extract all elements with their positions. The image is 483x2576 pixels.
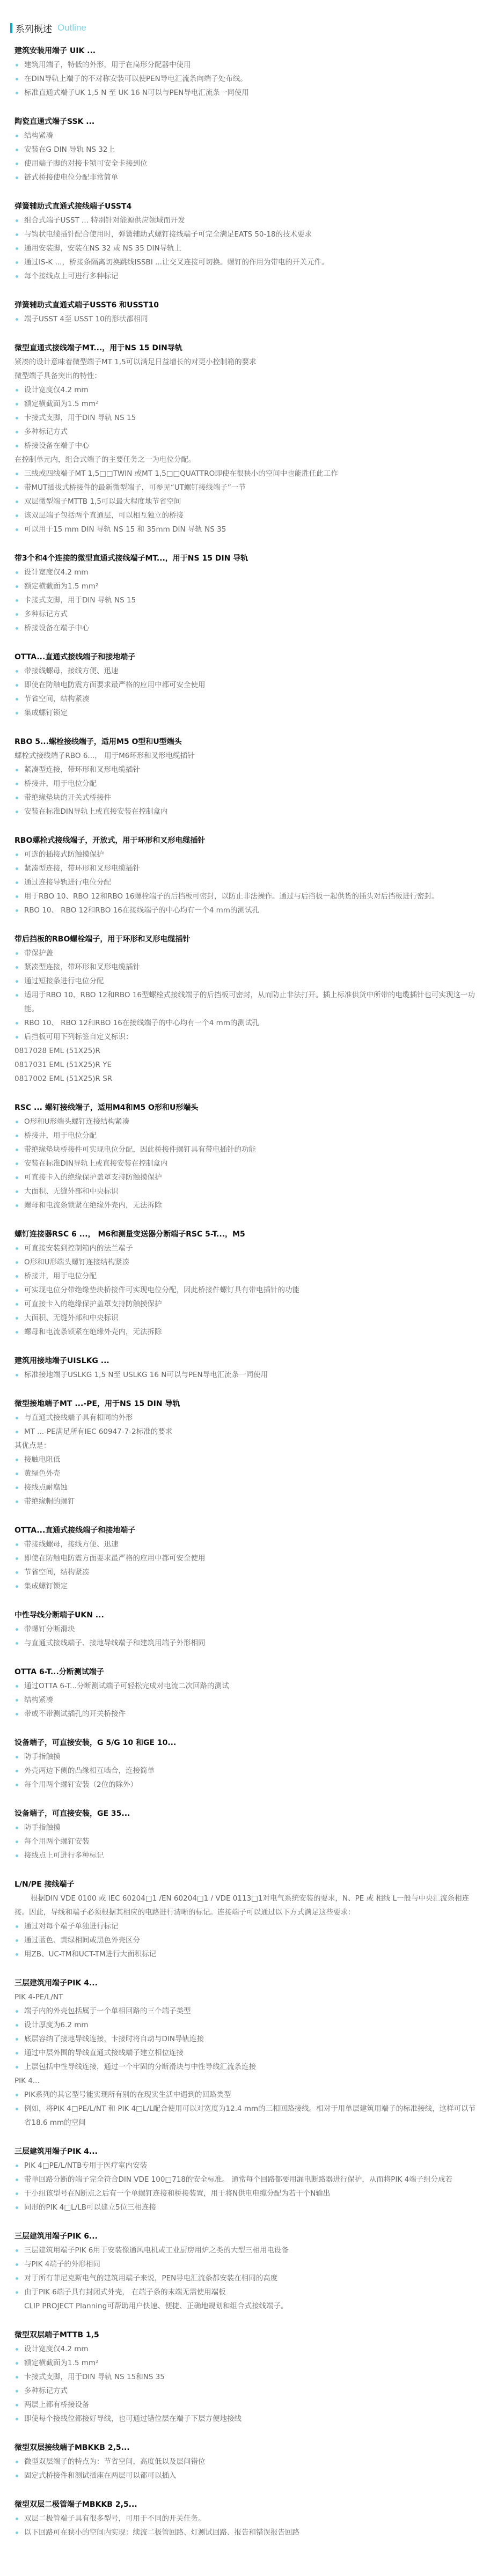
bullet-dot-icon [16, 2108, 18, 2110]
bullet-text: 可直接卡入的绝缘保护盖罩支持防触摸保护 [24, 1300, 162, 1308]
bullet-item: 由于PIK 6端子具有封闭式外壳， 在端子条的末端无需使用端板 [14, 2285, 476, 2299]
product-section: OTTA...直通式接线端子和接地端子带接线螺母，接线方便、迅速即使在防触电防震… [14, 650, 476, 720]
bullet-dot-icon [16, 1473, 18, 1475]
title-english: Outline [57, 23, 86, 33]
bullet-dot-icon [16, 1543, 18, 1546]
bullet-text: PIK系列的其它型号能实现所有别的在现实生活中遇到的回路类型 [24, 2091, 231, 2099]
bullet-item: 通过IS-K ...，桥接条隔离切换跳线ISSBI ...让交叉连接可切换。螺钉… [14, 255, 476, 269]
bullet-item: 双层二极管端子具有很多型号，可用于不同的开关任务。 [14, 2512, 476, 2526]
product-section: 三层建筑用端子PIK 4...PIK 4-PE/L/NT端子内的外壳包括属于一个… [14, 1976, 476, 2130]
bullet-item: 固定式桥接件和测试插座在两层可以都可以插入 [14, 2469, 476, 2483]
bullet-dot-icon [16, 867, 18, 870]
bullet-text: 通过对每个端子单独进行标记 [24, 1922, 119, 1931]
bullet-text: 黄绿色外壳 [24, 1469, 61, 1478]
bullet-item: 后挡板可用下列标签自定义标识： [14, 1030, 476, 1044]
bullet-text: 以下回路可在狭小的空间内实现：续流二极管回路、灯测试回路、报告和错误报告回路 [24, 2528, 299, 2537]
bullet-text: 结构紧凑 [24, 1696, 53, 1704]
bullet-text: 后挡板可用下列标签自定义标识： [24, 1033, 133, 1041]
bullet-text: MT ...-PE满足所有IEC 60947-7-2标准的要求 [24, 1427, 172, 1436]
bullet-dot-icon [16, 1953, 18, 1956]
bullet-text: 可直接卡入的绝缘保护盖罩支持防触摸保护 [24, 1173, 162, 1182]
bullet-text: 带螺钉分断滑块 [24, 1625, 75, 1633]
product-section: 微型直通式接线端子MT...，用于NS 15 DIN导轨紧凑的设计意味着微型端子… [14, 341, 476, 536]
bullet-item: 额定横截面为1.5 mm² [14, 2356, 476, 2370]
bullet-text: 紧凑型连接，带环形和叉形电缆插针 [24, 864, 140, 873]
bullet-item: 紧凑型连接，带环形和叉形电缆插针 [14, 763, 476, 777]
bullet-item: 每个用两个螺钉安装（2位的除外） [14, 1778, 476, 1792]
bullet-item: 通过中层外围的导线直通式接线端子建立相位连接 [14, 2046, 476, 2060]
bullet-text: O形和U形端头螺钉连接结构紧凑 [24, 1258, 129, 1267]
bullet-text: 例如，将PIK 4□PE/L/NT 和 PIK 4□L/L配合使用可以对宽度为1… [24, 2104, 475, 2127]
bullet-text: 标准直通式端子UK 1,5 N 至 UK 16 N可以与PEN导电汇流条一同使用 [24, 89, 249, 97]
bullet-item: 链式桥接使电位分配非常简单 [14, 171, 476, 185]
bullet-item: 带螺钉分断滑块 [14, 1622, 476, 1636]
bullet-item: 与直通式接线端子、接地导线端子和建筑用端子外形相同 [14, 1636, 476, 1650]
section-heading: 弹簧辅助式直通式端子USST6 和USST10 [14, 298, 476, 312]
bullet-dot-icon [16, 2038, 18, 2041]
bullet-text: 卡接式支脚，用于DIN 导轨 NS 15 [24, 596, 136, 605]
bullet-text: 额定横截面为1.5 mm² [24, 2359, 98, 2367]
bullet-dot-icon [16, 1500, 18, 1503]
bullet-dot-icon [16, 149, 18, 151]
text-line: 0817031 EML (51X25)R YE [14, 1058, 476, 1072]
bullet-dot-icon [16, 64, 18, 67]
bullet-item: 通用安装脚，安装在NS 32 或 NS 35 DIN导轨上 [14, 241, 476, 255]
bullet-text: 带绝缘帽的螺钉 [24, 1497, 75, 1506]
bullet-text: O形和U形端头螺钉连接结构紧凑 [24, 1117, 129, 1126]
bullet-item: 安装在标准DIN导轨上或直接安装在控制盒内 [14, 805, 476, 819]
bullet-item: 使用端子脚的对接卡锁可安全卡接到位 [14, 157, 476, 171]
bullet-dot-icon [16, 1162, 18, 1165]
product-section: 建筑安装用端子 UIK ...建筑用端子，特低的外形，用于在扁形分配器中使用在D… [14, 44, 476, 100]
bullet-item: O形和U形端头螺钉连接结构紧凑 [14, 1255, 476, 1269]
bullet-item: PIK 4□PE/L/NTB专用于医疗室内安装 [14, 2159, 476, 2173]
bullet-text: 通过中层外围的导线直通式接线端子建立相位连接 [24, 2049, 184, 2057]
bullet-item: 接触电阻低 [14, 1453, 476, 1467]
bullet-text: 即使在防触电防震方面要求最严格的应用中都可安全使用 [24, 1554, 206, 1563]
bullet-dot-icon [16, 2461, 18, 2463]
bullet-dot-icon [16, 881, 18, 884]
bullet-dot-icon [16, 1303, 18, 1306]
bullet-dot-icon [16, 318, 18, 321]
bullet-text: 多种标记方式 [24, 428, 68, 436]
bullet-text: 双层二极管端子具有很多型号，可用于不同的开关任务。 [24, 2514, 206, 2523]
bullet-item: 结构紧凑 [14, 129, 476, 143]
bullet-item: 底层容纳了接地导线连接，卡接时将自动与DIN导轨连接 [14, 2032, 476, 2046]
bullet-text: 集成螺钉锁定 [24, 709, 68, 717]
bullet-text: 每个接线点上可进行多种标记 [24, 272, 119, 281]
bullet-dot-icon [16, 275, 18, 278]
bullet-dot-icon [16, 2206, 18, 2209]
bullet-text: 带保护盖 [24, 949, 53, 958]
bullet-item: 可实现电位分带绝缘垫块桥接件可实现电位分配，因此桥接件螺钉具有带电插针的功能 [14, 1283, 476, 1297]
bullet-text: 额定横截面为1.5 mm² [24, 400, 98, 408]
bullet-item: 可直接卡入的绝缘保护盖罩支持防触摸保护 [14, 1297, 476, 1311]
bullet-text: 通过蓝色、黄绿相间或黑色外壳区分 [24, 1936, 140, 1945]
bullet-text: 双层微型端子MTTB 1,5可以最大程度地节省空间 [24, 497, 181, 506]
bullet-item: 带MUT插拔式桥接件的最新微型端子，可参见“UT螺钉接线端子”一节 [14, 481, 476, 495]
bullet-dot-icon [16, 92, 18, 94]
bullet-dot-icon [16, 2531, 18, 2534]
bullet-item: 与钩状电缆插针配合使用时，弹簧辅助式螺钉接线端子可完全满足EATS 50-18的… [14, 227, 476, 241]
section-heading: 建筑安装用端子 UIK ... [14, 44, 476, 58]
bullet-dot-icon [16, 571, 18, 574]
bullet-dot-icon [16, 980, 18, 983]
bullet-dot-icon [16, 2249, 18, 2252]
bullet-item: 三线或四线端子MT 1,5□□TWIN 或MT 1,5□□QUATTRO即使在很… [14, 467, 476, 481]
bullet-text: 端子内的外壳包括属于一个单相回路的三个端子类型 [24, 2007, 191, 2015]
section-heading: L/N/PE 接线端子 [14, 1878, 476, 1891]
section-heading: RBO螺栓式接线端子，开放式，用于环形和叉形电缆插针 [14, 834, 476, 848]
section-heading: OTTA 6-T...分断测试端子 [14, 1665, 476, 1679]
bullet-dot-icon [16, 797, 18, 799]
bullet-item: 带保护盖 [14, 946, 476, 960]
bullet-text: RBO 10、 RBO 12和RBO 16在接线端子的中心均有一个4 mm的测试… [24, 906, 259, 915]
bullet-item: 接线点上可进行多种标记 [14, 1849, 476, 1863]
bullet-item: 桥接井，用于电位分配 [14, 777, 476, 791]
bullet-dot-icon [16, 1827, 18, 1829]
bullet-text: 每个用两个螺钉安装 [24, 1837, 90, 1846]
bullet-dot-icon [16, 2178, 18, 2181]
bullet-dot-icon [16, 261, 18, 264]
bullet-item: 多种标记方式 [14, 607, 476, 621]
bullet-item: 额定横截面为1.5 mm² [14, 579, 476, 593]
bullet-text: 大面积、无缝外部和中央标识 [24, 1314, 119, 1322]
text-line: PIK 4-PE/L/NT [14, 1990, 476, 2004]
bullet-item: 例如，将PIK 4□PE/L/NT 和 PIK 4□L/L配合使用可以对宽度为1… [14, 2102, 476, 2130]
bullet-dot-icon [16, 1275, 18, 1278]
bullet-item: 卡接式支脚，用于DIN 导轨 NS 15和NS 35 [14, 2370, 476, 2384]
section-heading: 微型双层二极管端子MBKKB 2,5... [14, 2498, 476, 2512]
bullet-item: RBO 10、 RBO 12和RBO 16在接线端子的中心均有一个4 mm的测试… [14, 903, 476, 917]
bullet-text: 防手指触摸 [24, 1753, 61, 1761]
bullet-item: 大面积、无缝外部和中央标识 [14, 1311, 476, 1325]
bullet-text: 桥接井，用于电位分配 [24, 779, 97, 788]
product-section: OTTA...直通式接线端子和接地端子带接线螺母，接线方便、迅速即使在防触电防震… [14, 1523, 476, 1593]
bullet-item: 带或不带测试插孔的开关桥接件 [14, 1707, 476, 1721]
bullet-text: 建筑用端子，特低的外形，用于在扁形分配器中使用 [24, 61, 191, 69]
bullet-dot-icon [16, 613, 18, 616]
bullet-item: 安装在标准DIN导轨上或直接安装在控制盒内 [14, 1157, 476, 1171]
bullet-item: 通过短接条进行电位分配 [14, 974, 476, 988]
bullet-dot-icon [16, 501, 18, 503]
bullet-item: 卡接式支脚，用于DIN 导轨 NS 15 [14, 411, 476, 425]
bullet-text: 带MUT插拔式桥接件的最新微型端子，可参见“UT螺钉接线端子”一节 [24, 483, 246, 492]
bullet-text: 带绝缘垫块的开关式桥接件 [24, 793, 111, 802]
product-outline-page: 系列概述 Outline 建筑安装用端子 UIK ...建筑用端子，特低的外形，… [0, 0, 476, 2576]
text-line: 其优点是： [14, 1439, 476, 1453]
bullet-text: 安装在标准DIN导轨上或直接安装在控制盒内 [24, 807, 167, 816]
bullet-dot-icon [16, 78, 18, 80]
bullet-dot-icon [16, 163, 18, 165]
bullet-dot-icon [16, 1022, 18, 1025]
section-heading: 螺钉连接器RSC 6 ...， M6和测量变送器分断端子RSC 5-T...，M… [14, 1227, 476, 1241]
bullet-item: 以下回路可在狭小的空间内实现：续流二极管回路、灯测试回路、报告和错误报告回路 [14, 2526, 476, 2540]
bullet-item: 上层包括中性导线连接，通过一个牢固的分断滑块与中性导线汇流条连接 [14, 2060, 476, 2074]
bullet-text: 由于PIK 6端子具有封闭式外壳， 在端子条的末端无需使用端板 [24, 2288, 226, 2297]
product-section: 微型双层接线端子MBKKB 2,5...微型双层端子的特点为：节省空间，高度低以… [14, 2441, 476, 2483]
bullet-dot-icon [16, 431, 18, 433]
bullet-item: 防手指触摸 [14, 1750, 476, 1764]
product-section: 带3个和4个连接的微型直通式接线端子MT...，用于NS 15 DIN 导轨设计… [14, 551, 476, 635]
bullet-dot-icon [16, 1176, 18, 1179]
bullet-text: 接触电阻低 [24, 1455, 61, 1464]
bullet-text: 与直通式接线端子具有相同的外形 [24, 1414, 133, 1422]
bullet-item: 螺母和电流条锁紧在绝缘外壳内，无法拆除 [14, 1198, 476, 1212]
bullet-dot-icon [16, 2518, 18, 2520]
bullet-dot-icon [16, 2192, 18, 2195]
product-section: RSC ... 螺钉接线端子，适用M4和M5 O形和U形端头O形和U形端头螺钉连… [14, 1101, 476, 1212]
bullet-dot-icon [16, 2362, 18, 2365]
bullet-dot-icon [16, 1854, 18, 1857]
bullet-item: 标准直通式端子UK 1,5 N 至 UK 16 N可以与PEN导电汇流条一同使用 [14, 86, 476, 100]
bullet-text: 两层上都有桥接设备 [24, 2401, 90, 2409]
bullet-item: 防手指触摸 [14, 1821, 476, 1835]
bullet-dot-icon [16, 233, 18, 236]
bullet-dot-icon [16, 2165, 18, 2167]
bullet-text: 安装在标准DIN导轨上或直接安装在控制盒内 [24, 1159, 167, 1168]
bullet-dot-icon [16, 994, 18, 997]
bullet-text: 外壳两边下侧的凸缘相互啮合，连接简单 [24, 1767, 155, 1775]
bullet-dot-icon [16, 2348, 18, 2351]
bullet-item: 节省空间，结构紧凑 [14, 692, 476, 706]
bullet-dot-icon [16, 514, 18, 517]
bullet-item: 该双层端子包括两个直通层，可以相互独立的桥接 [14, 509, 476, 522]
bullet-dot-icon [16, 2277, 18, 2280]
bullet-dot-icon [16, 2390, 18, 2393]
bullet-dot-icon [16, 247, 18, 250]
bullet-item: 安装在G DIN 导轨 NS 32上 [14, 143, 476, 157]
bullet-item: 可以用于15 mm DIN 导轨 NS 15 和 35mm DIN 导轨 NS … [14, 522, 476, 536]
bullet-text: 紧凑型连接，带环形和叉形电缆插针 [24, 766, 140, 774]
bullet-text: 即使在防触电防震方面要求最严格的应用中都可安全使用 [24, 681, 206, 689]
bullet-dot-icon [16, 1486, 18, 1489]
bullet-dot-icon [16, 1784, 18, 1786]
section-heading: 微型双层接线端子MBKKB 2,5... [14, 2441, 476, 2455]
bullet-item: 带接线螺母，接线方便、迅速 [14, 664, 476, 678]
bullet-text: 干小组该型号在N断点之后有一个单螺钉连接和桥接装置，用于将N供电电缆分配为若干个… [24, 2189, 330, 2198]
bullet-dot-icon [16, 966, 18, 969]
bullet-text: 上层包括中性导线连接，通过一个牢固的分断滑块与中性导线汇流条连接 [24, 2063, 256, 2071]
bullet-text: 节省空间，结构紧凑 [24, 1568, 90, 1577]
bullet-text: 该双层端子包括两个直通层，可以相互独立的桥接 [24, 511, 184, 520]
product-section: 三层建筑用端子PIK 4...PIK 4□PE/L/NTB专用于医疗室内安装带单… [14, 2145, 476, 2214]
bullet-dot-icon [16, 1036, 18, 1039]
bullet-dot-icon [16, 135, 18, 137]
bullet-dot-icon [16, 487, 18, 489]
bullet-text: 端子USST 4至 USST 10的形状都相同 [24, 315, 148, 323]
bullet-item: O形和U形端头螺钉连接结构紧凑 [14, 1115, 476, 1129]
product-section: 微型双层端子MTTB 1,5设计宽度仅4.2 mm额定横截面为1.5 mm²卡接… [14, 2328, 476, 2426]
bullet-item: 节省空间，结构紧凑 [14, 1565, 476, 1579]
bullet-text: 桥接设备在端子中心 [24, 624, 90, 632]
bullet-dot-icon [16, 417, 18, 419]
bullet-item: 可直接安装到控制箱内的法兰端子 [14, 1241, 476, 1255]
bullet-item: 两层上都有桥接设备 [14, 2398, 476, 2412]
bullet-dot-icon [16, 599, 18, 602]
bullet-item: 用于RBO 10、RBO 12和RBO 16螺栓端子的后挡板可密封，以防止非法操… [14, 889, 476, 903]
product-section: 设备端子，可直接安装，G 5/G 10 和GE 10...防手指触摸外壳两边下侧… [14, 1736, 476, 1792]
bullet-text: 防手指触摸 [24, 1823, 61, 1832]
bullet-dot-icon [16, 2291, 18, 2294]
bullet-text: 节省空间，结构紧凑 [24, 695, 90, 703]
product-section: L/N/PE 接线端子根据DIN VDE 0100 或 IEC 60204□1 … [14, 1878, 476, 1961]
bullet-item: 紧凑型连接，带环形和叉形电缆插针 [14, 862, 476, 875]
bullet-item: 带绝缘垫块的开关式桥接件 [14, 791, 476, 805]
bullet-item: 端子内的外壳包括属于一个单相回路的三个端子类型 [14, 2004, 476, 2018]
section-heading: 带后挡板的RBO螺栓端子，用于环形和叉形电缆插针 [14, 932, 476, 946]
bullet-dot-icon [16, 219, 18, 222]
bullet-dot-icon [16, 1585, 18, 1588]
product-section: 设备端子，可直接安装，GE 35...防手指触摸每个用两个螺钉安装接线点上可进行… [14, 1807, 476, 1863]
bullet-dot-icon [16, 1841, 18, 1843]
bullet-item: 双层微型端子MTTB 1,5可以最大程度地节省空间 [14, 495, 476, 509]
bullet-dot-icon [16, 1149, 18, 1151]
bullet-item: 集成螺钉锁定 [14, 1579, 476, 1593]
bullet-dot-icon [16, 909, 18, 912]
bullet-text: 使用端子脚的对接卡锁可安全卡接到位 [24, 159, 148, 168]
product-section: 微型接地端子MT ...-PE，用于NS 15 DIN 导轨与直通式接线端子具有… [14, 1397, 476, 1508]
bullet-dot-icon [16, 853, 18, 856]
bullet-item: 螺母和电流条锁紧在绝缘外壳内，无法拆除 [14, 1325, 476, 1339]
bullet-text: 螺母和电流条锁紧在绝缘外壳内，无法拆除 [24, 1201, 162, 1210]
bullet-text: 可实现电位分带绝缘垫块桥接件可实现电位分配，因此桥接件螺钉具有带电插针的功能 [24, 1286, 299, 1294]
bullet-text: 通过短接条进行电位分配 [24, 977, 104, 985]
bullet-text: 带接线螺母，接线方便、迅速 [24, 667, 119, 675]
bullet-text: 与钩状电缆插针配合使用时，弹簧辅助式螺钉接线端子可完全满足EATS 50-18的… [24, 230, 312, 239]
bullet-dot-icon [16, 1247, 18, 1250]
bullet-text: 适用于RBO 10、RBO 12和RBO 16型螺栓式接线端子的后挡板可密封，从… [24, 991, 475, 1013]
bullet-dot-icon [16, 952, 18, 955]
bullet-dot-icon [16, 895, 18, 898]
text-line: PIK 4... [14, 2074, 476, 2088]
bullet-dot-icon [16, 2094, 18, 2096]
bullet-item: 建筑用端子，特低的外形，用于在扁形分配器中使用 [14, 58, 476, 72]
bullet-text: 通用安装脚，安装在NS 32 或 NS 35 DIN导轨上 [24, 244, 181, 253]
bullet-item: 带单回路分断的端子完全符合DIN VDE 100□718的安全标准。 通常每个回… [14, 2173, 476, 2187]
bullet-dot-icon [16, 1571, 18, 1574]
section-heading: 陶瓷直通式端子SSK ... [14, 115, 476, 129]
bullet-text: 设计厚度为6.2 mm [24, 2021, 89, 2029]
bullet-text: 螺母和电流条锁紧在绝缘外壳内，无法拆除 [24, 1328, 162, 1336]
bullet-dot-icon [16, 712, 18, 715]
bullet-dot-icon [16, 684, 18, 687]
bullet-dot-icon [16, 1317, 18, 1320]
bullet-dot-icon [16, 1557, 18, 1560]
bullet-text: 额定横截面为1.5 mm² [24, 582, 98, 591]
bullet-text: 集成螺钉锁定 [24, 1582, 68, 1591]
bullet-item: 通过蓝色、黄绿相间或黑色外壳区分 [14, 1933, 476, 1947]
bullet-item: 即使在防触电防震方面要求最严格的应用中都可安全使用 [14, 678, 476, 692]
section-heading: 弹簧辅助式直通式接线端子USST4 [14, 200, 476, 214]
text-line: 0817002 EML (51X25)R SR [14, 1072, 476, 1086]
bullet-item: 对于所有菲尼克斯电气的建筑用端子来说，PEN导电汇流条都安装在相同的高度 [14, 2271, 476, 2285]
bullet-item: 通过OTTA 6-T...分断测试端子可轻松完成对电流二次回路的测试 [14, 1679, 476, 1693]
bullet-text: 多种标记方式 [24, 610, 68, 619]
bullet-text: 底层容纳了接地导线连接，卡接时将自动与DIN导轨连接 [24, 2035, 204, 2043]
product-section: RBO螺栓式接线端子，开放式，用于环形和叉形电缆插针可选的插接式防触摸保护紧凑型… [14, 834, 476, 917]
bullet-text: 大面积、无缝外部和中央标识 [24, 1187, 119, 1196]
bullet-dot-icon [16, 403, 18, 406]
bullet-dot-icon [16, 1685, 18, 1688]
bullet-item: 桥接设备在端子中心 [14, 621, 476, 635]
bullet-item: 设计宽度仅4.2 mm [14, 2342, 476, 2356]
bullet-dot-icon [16, 2418, 18, 2420]
bullet-item: 卡接式支脚，用于DIN 导轨 NS 15 [14, 593, 476, 607]
bullet-item: 三层建筑用端子PIK 6用于安装像通风电机或工业厨房用炉之类的大型三相用电设备 [14, 2243, 476, 2257]
section-heading: 建筑用接地端子UISLKG ... [14, 1354, 476, 1368]
bullet-item: PIK系列的其它型号能实现所有别的在现实生活中遇到的回路类型 [14, 2088, 476, 2102]
bullet-item: 接线点耐腐蚀 [14, 1481, 476, 1495]
bullet-text: 每个用两个螺钉安装（2位的除外） [24, 1780, 137, 1789]
bullet-dot-icon [16, 1261, 18, 1264]
bullet-text: 桥接井，用于电位分配 [24, 1131, 97, 1140]
page-title: 系列概述 Outline [14, 21, 476, 34]
bullet-text: 与PIK 4端子的外形相同 [24, 2260, 100, 2269]
bullet-text: 桥接设备在端子中心 [24, 441, 90, 450]
product-section: 中性导线分断端子UKN ...带螺钉分断滑块与直通式接线端子、接地导线端子和建筑… [14, 1608, 476, 1650]
bullet-text: 接线点上可进行多种标记 [24, 1851, 104, 1860]
bullet-dot-icon [16, 1331, 18, 1334]
bullet-text: 带单回路分断的端子完全符合DIN VDE 100□718的安全标准。 通常每个回… [24, 2175, 452, 2184]
bullet-dot-icon [16, 528, 18, 531]
bullet-dot-icon [16, 2263, 18, 2266]
bullet-text: 通过连接导轨进行电位分配 [24, 878, 111, 887]
bullet-dot-icon [16, 627, 18, 630]
bullet-dot-icon [16, 473, 18, 475]
text-line: 微型端子具备突出的特性： [14, 369, 476, 383]
bullet-item: 设计厚度为6.2 mm [14, 2018, 476, 2032]
bullet-dot-icon [16, 1642, 18, 1645]
bullet-text: 带绝缘垫块桥接件可实现电位分配，因此桥接件螺钉具有带电插针的功能 [24, 1145, 256, 1154]
bullet-text: PIK 4□PE/L/NTB专用于医疗室内安装 [24, 2161, 147, 2170]
bullet-dot-icon [16, 769, 18, 771]
bullet-text: 同形的PIK 4□L/LB可以建立5位三相连接 [24, 2203, 156, 2212]
bullet-item: 与直通式接线端子具有相同的外形 [14, 1411, 476, 1425]
bullet-text: 多种标记方式 [24, 2387, 68, 2395]
bullet-text: 带或不带测试插孔的开关桥接件 [24, 1710, 126, 1718]
bullet-dot-icon [16, 2066, 18, 2069]
bullet-item: 多种标记方式 [14, 2384, 476, 2398]
bullet-dot-icon [16, 1756, 18, 1758]
bullet-dot-icon [16, 1770, 18, 1772]
bullet-item: 用ZB、UC-TM和UCT-TM进行大面积标记 [14, 1947, 476, 1961]
bullet-text: 紧凑型连接，带环形和叉形电缆插针 [24, 963, 140, 971]
bullet-item: 即使在防触电防震方面要求最严格的应用中都可安全使用 [14, 1551, 476, 1565]
bullet-item: 集成螺钉锁定 [14, 706, 476, 720]
bullet-dot-icon [16, 1289, 18, 1292]
bullet-dot-icon [16, 2404, 18, 2406]
bullet-dot-icon [16, 1628, 18, 1631]
bullet-item: 带接线螺母，接线方便、迅速 [14, 1537, 476, 1551]
title-accent-bar [10, 23, 12, 33]
bullet-item: 干小组该型号在N断点之后有一个单螺钉连接和桥接装置，用于将N供电电缆分配为若干个… [14, 2187, 476, 2200]
bullet-dot-icon [16, 176, 18, 179]
bullet-item: 每个用两个螺钉安装 [14, 1835, 476, 1849]
bullet-text: 用于RBO 10、RBO 12和RBO 16螺栓端子的后挡板可密封，以防止非法操… [24, 892, 439, 901]
bullet-text: 设计宽度仅4.2 mm [24, 568, 89, 577]
product-section: 弹簧辅助式直通式端子USST6 和USST10端子USST 4至 USST 10… [14, 298, 476, 326]
bullet-text: 卡接式支脚，用于DIN 导轨 NS 15 [24, 414, 136, 422]
bullet-text: 接线点耐腐蚀 [24, 1483, 68, 1492]
section-heading: RBO 5...螺栓接线端子，适用M5 O型和U型端头 [14, 735, 476, 749]
bullet-dot-icon [16, 2475, 18, 2477]
bullet-dot-icon [16, 2376, 18, 2379]
bullet-dot-icon [16, 2010, 18, 2013]
section-heading: 微型双层端子MTTB 1,5 [14, 2328, 476, 2342]
section-heading: RSC ... 螺钉接线端子，适用M4和M5 O形和U形端头 [14, 1101, 476, 1115]
bullet-text: 三层建筑用端子PIK 6用于安装像通风电机或工业厨房用炉之类的大型三相用电设备 [24, 2246, 289, 2255]
